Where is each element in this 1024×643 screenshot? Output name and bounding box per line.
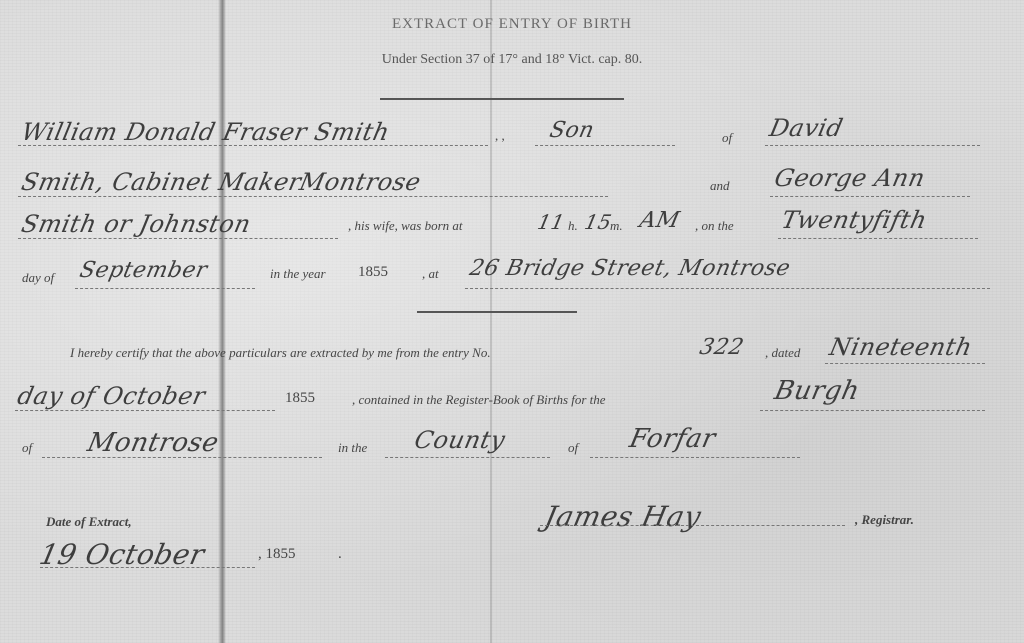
dated-label: , dated [765,345,800,361]
birth-year: 1855 [358,264,388,281]
county-label: County [412,426,508,454]
his-wife-label: , his wife, was born at [348,218,463,234]
father-line [18,196,608,197]
dated-month-line [15,410,275,411]
day-of-label: day of [22,270,54,286]
document-title: EXTRACT OF ENTRY OF BIRTH [0,16,1024,33]
relation: Son [547,118,596,143]
child-name-line [18,145,488,146]
header-divider [380,98,624,100]
father-place: Montrose [297,168,424,196]
registrar-label: , Registrar. [855,512,914,528]
district-type: Burgh [772,376,863,406]
hour-label: h. [568,218,578,234]
in-the-year-label: in the year [270,266,326,282]
father-first-line [765,145,980,146]
birth-day-line [778,238,978,239]
paper-fold-crease-center [490,0,492,643]
birth-place: 26 Bridge Street, Montrose [467,256,792,281]
county-label-line [385,457,550,458]
minutes-label: m. [610,218,623,234]
father-first-name: David [767,114,846,142]
paper-fold-crease [218,0,226,643]
extract-end: . [338,546,342,563]
district-line [42,457,322,458]
district-type-line [760,410,985,411]
signature-line [540,525,845,526]
date-of-extract-label: Date of Extract, [46,514,132,530]
birth-month-line [75,288,255,289]
contained-label: , contained in the Register-Book of Birt… [352,392,606,408]
of-label-3: of [568,440,578,456]
extract-date-line [40,567,255,568]
birth-place-line [465,288,990,289]
relation-prefix: , , [495,128,505,144]
dated-day-line [825,363,985,364]
mother-first-name: George Ann [772,164,928,192]
father-occupation: Smith, Cabinet Maker [19,168,304,196]
dated-day: Nineteenth [827,333,975,361]
entry-number: 322 [697,335,746,360]
mother-surname-line [18,238,338,239]
of-label: of [722,130,732,146]
section-divider [417,311,577,313]
mother-first-line [770,196,970,197]
extract-year: , 1855 [258,546,296,563]
on-the-label: , on the [695,218,734,234]
in-the-label: in the [338,440,367,456]
relation-line [535,145,675,146]
of-label-2: of [22,440,32,456]
dated-month: day of October [15,382,208,410]
at-label: , at [422,266,439,282]
mother-surname: Smith or Johnston [19,210,253,238]
county-line [590,457,800,458]
county-name: Forfar [627,424,719,454]
registrar-signature: James Hay [541,500,704,533]
document-subtitle: Under Section 37 of 17° and 18° Vict. ca… [0,52,1024,68]
birth-month: September [77,258,209,283]
birth-hour: 11 [535,210,567,234]
birth-ampm: AM [637,208,682,233]
birth-day: Twentyfifth [779,206,930,234]
and-label: and [710,178,730,194]
district-name: Montrose [85,428,222,458]
certify-text: I hereby certify that the above particul… [70,345,491,361]
child-name: William Donald Fraser Smith [19,118,392,146]
dated-year: 1855 [285,390,315,407]
